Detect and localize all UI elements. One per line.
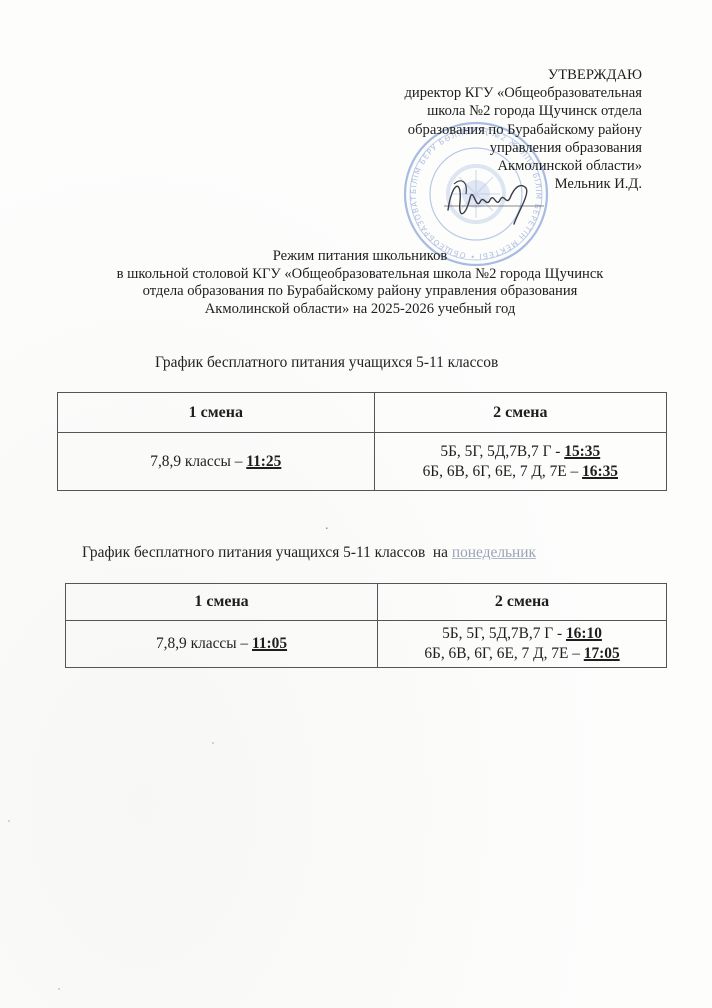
classes-text: 7,8,9 классы – bbox=[156, 635, 252, 652]
header-shift-2: 2 смена bbox=[378, 584, 667, 621]
approval-line: школа №2 города Щучинск отдела bbox=[404, 102, 642, 120]
approval-line: директор КГУ «Общеобразовательная bbox=[404, 84, 642, 102]
title-line: отдела образования по Бурабайскому район… bbox=[8, 283, 712, 301]
classes-text: 6Б, 6В, 6Г, 6Е, 7 Д, 7Е – bbox=[424, 645, 583, 662]
shift-1-entry: 7,8,9 классы – 11:25 bbox=[58, 452, 374, 472]
header-shift-2: 2 смена bbox=[374, 393, 666, 433]
meal-time: 16:10 bbox=[566, 625, 602, 642]
classes-text: 7,8,9 классы – bbox=[150, 453, 246, 470]
classes-text: 6Б, 6В, 6Г, 6Е, 7 Д, 7Е – bbox=[423, 463, 582, 480]
approval-line: образования по Бурабайскому району bbox=[404, 121, 642, 139]
meal-time: 16:35 bbox=[582, 463, 618, 480]
meal-time: 11:25 bbox=[246, 453, 281, 470]
caption-text: График бесплатного питания учащихся 5-11… bbox=[82, 544, 425, 561]
shift-2-cell: 5Б, 5Г, 5Д,7В,7 Г - 16:10 6Б, 6В, 6Г, 6Е… bbox=[378, 621, 667, 668]
header-shift-1: 1 смена bbox=[58, 393, 375, 433]
stray-mark: . bbox=[325, 518, 329, 534]
header-shift-1: 1 смена bbox=[66, 584, 378, 621]
meal-time: 17:05 bbox=[584, 645, 620, 662]
scan-speck bbox=[58, 988, 60, 990]
director-signature bbox=[440, 172, 550, 232]
approval-heading: УТВЕРЖДАЮ bbox=[404, 66, 642, 84]
classes-text: 5Б, 5Г, 5Д,7В,7 Г - bbox=[440, 443, 564, 460]
shift-2-entry: 5Б, 5Г, 5Д,7В,7 Г - 15:35 bbox=[375, 442, 666, 462]
title-line: Акмолинской области» на 2025-2026 учебны… bbox=[8, 301, 712, 319]
schedule-caption: График бесплатного питания учащихся 5-11… bbox=[155, 354, 498, 372]
table-header-row: 1 смена 2 смена bbox=[58, 393, 667, 433]
shift-1-entry: 7,8,9 классы – 11:05 bbox=[66, 634, 377, 654]
meal-time: 11:05 bbox=[252, 635, 287, 652]
table-row: 7,8,9 классы – 11:05 5Б, 5Г, 5Д,7В,7 Г -… bbox=[66, 621, 667, 668]
shift-2-cell: 5Б, 5Г, 5Д,7В,7 Г - 15:35 6Б, 6В, 6Г, 6Е… bbox=[374, 433, 666, 491]
schedule-caption-monday: График бесплатного питания учащихся 5-11… bbox=[82, 544, 536, 562]
caption-suffix: на bbox=[425, 544, 452, 561]
document-title: Режим питания школьников в школьной стол… bbox=[0, 248, 712, 318]
document-page: БІЛІМ БЕРУ БӨЛІМІНІҢ №2 ЖАЛПЫ БІЛІМ БЕРЕ… bbox=[0, 0, 712, 1008]
shift-2-entry: 6Б, 6В, 6Г, 6Е, 7 Д, 7Е – 16:35 bbox=[375, 462, 666, 482]
scan-speck bbox=[8, 820, 10, 822]
shift-1-cell: 7,8,9 классы – 11:25 bbox=[58, 433, 375, 491]
classes-text: 5Б, 5Г, 5Д,7В,7 Г - bbox=[442, 625, 566, 642]
title-line: Режим питания школьников bbox=[8, 248, 712, 266]
schedule-table-monday: 1 смена 2 смена 7,8,9 классы – 11:05 5Б,… bbox=[65, 583, 667, 668]
shift-2-entry: 5Б, 5Г, 5Д,7В,7 Г - 16:10 bbox=[378, 624, 666, 644]
caption-text: График бесплатного питания учащихся 5-11… bbox=[155, 354, 498, 371]
meal-time: 15:35 bbox=[564, 443, 600, 460]
approval-line: управления образования bbox=[404, 139, 642, 157]
title-line: в школьной столовой КГУ «Общеобразовател… bbox=[8, 266, 712, 284]
caption-day: понедельник bbox=[452, 544, 536, 561]
table-row: 7,8,9 классы – 11:25 5Б, 5Г, 5Д,7В,7 Г -… bbox=[58, 433, 667, 491]
table-header-row: 1 смена 2 смена bbox=[66, 584, 667, 621]
shift-2-entry: 6Б, 6В, 6Г, 6Е, 7 Д, 7Е – 17:05 bbox=[378, 644, 666, 664]
scan-speck bbox=[212, 742, 214, 744]
shift-1-cell: 7,8,9 классы – 11:05 bbox=[66, 621, 378, 668]
schedule-table: 1 смена 2 смена 7,8,9 классы – 11:25 5Б,… bbox=[57, 392, 667, 491]
signature-icon bbox=[440, 172, 550, 232]
